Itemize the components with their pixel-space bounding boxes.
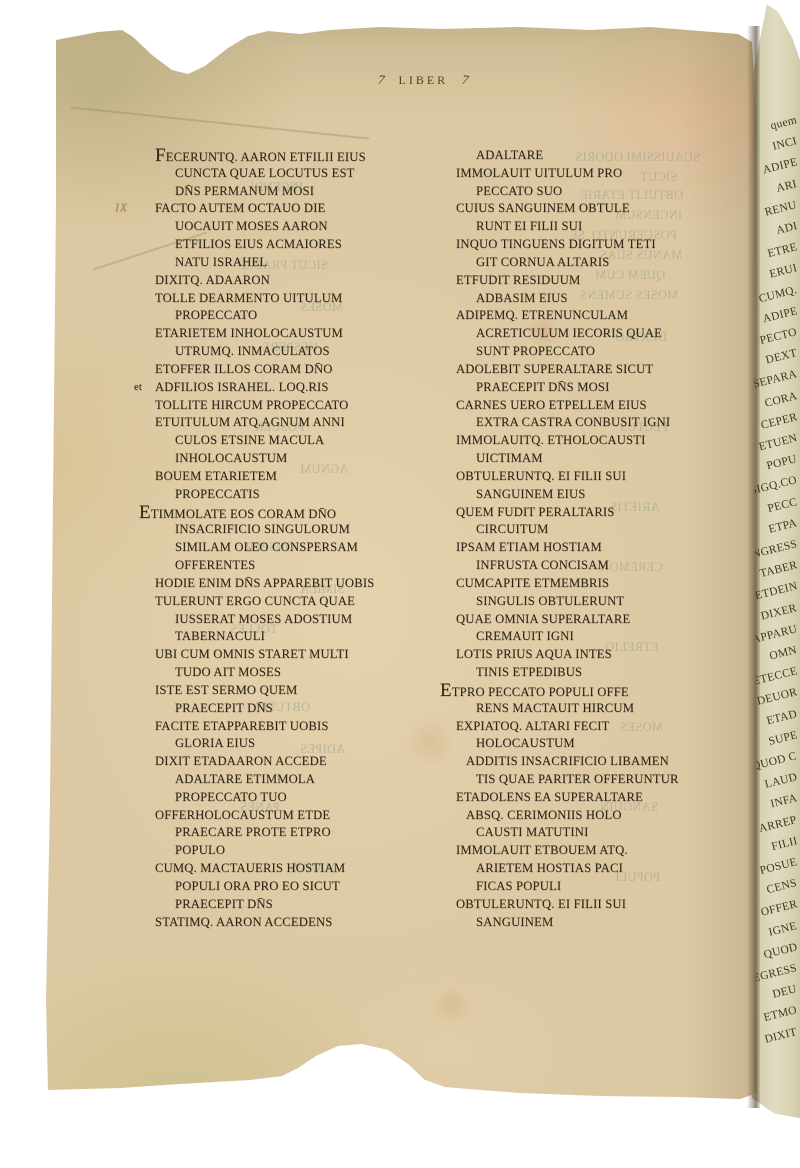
manuscript-line: UOCAUIT MOSES AARON [155, 218, 374, 236]
margin-catchword: et [134, 379, 142, 397]
next-leaf-text-fragment: RENU [764, 199, 798, 219]
manuscript-line: QUAE OMNIA SUPERALTARE [456, 611, 679, 629]
scribal-mark-icon: 7 [461, 72, 469, 89]
manuscript-line: PECCATO SUO [456, 183, 679, 201]
manuscript-line: TOLLITE HIRCUM PROPECCATO [155, 397, 374, 415]
next-leaf-text-fragment: DIXIT [764, 1026, 799, 1046]
manuscript-line: LOTIS PRIUS AQUA INTES [456, 646, 679, 664]
manuscript-line: ADOLEBIT SUPERALTARE SICUT [456, 361, 679, 379]
manuscript-line: OBTULERUNTQ. EI FILII SUI [456, 468, 679, 486]
next-leaf-text-fragment: POSUE [759, 856, 799, 877]
next-leaf-text-fragment: LAUD [763, 771, 798, 791]
manuscript-line: FICAS POPULI [456, 878, 679, 896]
manuscript-line: ADALTARE ETIMMOLA [155, 771, 374, 789]
manuscript-line: ADALTARE [456, 147, 679, 165]
manuscript-line: RUNT EI FILII SUI [456, 218, 679, 236]
manuscript-line: SANGUINEM EIUS [456, 486, 679, 504]
next-leaf-text-fragment: DIXER [760, 602, 798, 623]
manuscript-line: NATU ISRAHEL [155, 254, 374, 272]
manuscript-line: EXTRA CASTRA CONBUSIT IGNI [456, 414, 679, 432]
gutter-shadow [747, 26, 760, 1108]
parchment-page: 7 LIBER 7 INCENDISICUT PRAECEMOSESUESPER… [0, 0, 800, 1168]
running-title-text: LIBER [399, 73, 449, 88]
manuscript-line: IMMOLAUITQ. ETHOLOCAUSTI [456, 432, 679, 450]
next-leaf-text-fragment: ERUI [768, 263, 798, 281]
next-leaf-text-fragment: ARREP [758, 814, 798, 835]
manuscript-line: IMMOLAUIT ETBOUEM ATQ. [456, 842, 679, 860]
manuscript-line: SANGUINEM [456, 914, 679, 932]
manuscript-line: EXPIATOQ. ALTARI FECIT [456, 718, 679, 736]
manuscript-line: PRAECEPIT DN̄S MOSI [456, 379, 679, 397]
manuscript-line: ETFUDIT RESIDUUM [456, 272, 679, 290]
next-leaf-text-fragment: OFFER [759, 899, 798, 920]
manuscript-line: CUMQ. MACTAUERIS HOSTIAM [155, 860, 374, 878]
next-leaf-text-fragment: IGNE [768, 920, 799, 939]
manuscript-line: QUEM FUDIT PERALTARIS [456, 504, 679, 522]
manuscript-line: CARNES UERO ETPELLEM EIUS [456, 397, 679, 415]
next-leaf-text-fragment: ETPA [768, 517, 799, 536]
manuscript-line: PROPECCATIS [155, 486, 374, 504]
next-leaf-text-fragment: CUMQ. [758, 284, 799, 305]
next-leaf-text-fragment: CORA [763, 390, 798, 410]
manuscript-line: UICTIMAM [456, 450, 679, 468]
next-leaf-text-fragment: PECTO [759, 326, 799, 347]
manuscript-line: POPULO [155, 842, 374, 860]
next-leaf-text-fragment: ETAD [766, 708, 799, 727]
manuscript-line: CIRCUITUM [456, 521, 679, 539]
next-leaf-text-fragment: PECC [766, 496, 798, 515]
next-leaf-text-fragment: ETRE [766, 241, 798, 260]
manuscript-line: IPSAM ETIAM HOSTIAM [456, 539, 679, 557]
manuscript-line: CULOS ETSINE MACULA [155, 432, 374, 450]
manuscript-line: GIT CORNUA ALTARIS [456, 254, 679, 272]
manuscript-line: IXFACTO AUTEM OCTAUO DIE [155, 200, 374, 218]
manuscript-line: PRAECEPIT DN̄S [155, 896, 374, 914]
manuscript-line: TOLLE DEARMENTO UITULUM [155, 290, 374, 308]
manuscript-line: OBTULERUNTQ. EI FILII SUI [456, 896, 679, 914]
parchment-crease [71, 106, 370, 139]
text-column-right: ADALTAREIMMOLAUIT UITULUM PROPECCATO SUO… [456, 147, 679, 931]
manuscript-line: IMMOLAUIT UITULUM PRO [456, 165, 679, 183]
next-leaf-text-fragment: ETDEIN [754, 581, 799, 603]
manuscript-line: ARIETEM HOSTIAS PACI [456, 860, 679, 878]
manuscript-line: INFRUSTA CONCISAM [456, 557, 679, 575]
next-leaf-text-fragment: INFA [769, 793, 798, 811]
manuscript-line: ETADOLENS EA SUPERALTARE [456, 789, 679, 807]
manuscript-line: DIXITQ. ADAARON [155, 272, 374, 290]
next-leaf-text-fragment: ETUEN [758, 432, 799, 453]
manuscript-line: PROPECCATO [155, 307, 374, 325]
manuscript-line: TABERNACULI [155, 628, 374, 646]
manuscript-line: ETARIETEM INHOLOCAUSTUM [155, 325, 374, 343]
next-leaf-text-fragment: ETMO [763, 1005, 799, 1025]
next-leaf-text-fragment: POPU [766, 453, 799, 472]
manuscript-line: SINGULIS OBTULERUNT [456, 593, 679, 611]
manuscript-line: ETPRO PECCATO POPULI OFFE [440, 682, 679, 700]
manuscript-line: CAUSTI MATUTINI [456, 824, 679, 842]
manuscript-line: PROPECCATO TUO [155, 789, 374, 807]
chapter-number: IX [115, 200, 128, 218]
manuscript-line: BOUEM ETARIETEM [155, 468, 374, 486]
manuscript-line: STATIMQ. AARON ACCEDENS [155, 914, 374, 932]
manuscript-line: CREMAUIT IGNI [456, 628, 679, 646]
manuscript-line: FECERUNTQ. AARON ETFILII EIUS [155, 147, 374, 165]
next-leaf-text-fragment: ARI [775, 178, 798, 195]
manuscript-line: SIMILAM OLEO CONSPERSAM [155, 539, 374, 557]
manuscript-line: INSACRIFICIO SINGULORUM [155, 521, 374, 539]
manuscript-line: TINIS ETPEDIBUS [456, 664, 679, 682]
next-leaf-text-fragment: INCI [771, 135, 798, 153]
next-leaf-text-fragment: ADIPE [761, 157, 798, 177]
manuscript-photo: quemINCIADIPEARIRENUADIETREERUICUMQ.ADIP… [0, 0, 800, 1168]
manuscript-line: RENS MACTAUIT HIRCUM [456, 700, 679, 718]
next-leaf-text-fragment: CENS [766, 877, 799, 896]
manuscript-line: OFFERENTES [155, 557, 374, 575]
manuscript-line: SUNT PROPECCATO [456, 343, 679, 361]
manuscript-line: ISTE EST SERMO QUEM [155, 682, 374, 700]
manuscript-line: INHOLOCAUSTUM [155, 450, 374, 468]
manuscript-line: CUNCTA QUAE LOCUTUS EST [155, 165, 374, 183]
next-leaf-text-fragment: SUPE [767, 729, 798, 748]
next-leaf-text-fragment: FILII [770, 835, 799, 853]
manuscript-line: ETUITULUM ATQ.AGNUM ANNI [155, 414, 374, 432]
manuscript-line: PRAECARE PROTE ETPRO [155, 824, 374, 842]
manuscript-line: GLORIA EIUS [155, 735, 374, 753]
next-leaf-text-fragment: CEPER [759, 411, 798, 432]
manuscript-line: DN̄S PERMANUM MOSI [155, 183, 374, 201]
manuscript-line: UBI CUM OMNIS STARET MULTI [155, 646, 374, 664]
next-leaf-text-fragment: quem [770, 114, 799, 132]
next-leaf-text-fragment: QUOD [762, 941, 798, 961]
manuscript-line: PRAECEPIT DN̄S [155, 700, 374, 718]
manuscript-line: ETOFFER ILLOS CORAM DN̄O [155, 361, 374, 379]
manuscript-line: ADIPEMQ. ETRENUNCULAM [456, 307, 679, 325]
manuscript-line: ADBASIM EIUS [456, 290, 679, 308]
next-leaf-text-fragment: DEUOR [756, 687, 799, 709]
manuscript-line: UTRUMQ. INMACULATOS [155, 343, 374, 361]
manuscript-line: INQUO TINGUENS DIGITUM TETI [456, 236, 679, 254]
manuscript-line: CUMCAPITE ETMEMBRIS [456, 575, 679, 593]
manuscript-line: DIXIT ETADAARON ACCEDE [155, 753, 374, 771]
next-leaf-text-fragment: DEXT [765, 347, 799, 366]
manuscript-line: ACRETICULUM IECORIS QUAE [456, 325, 679, 343]
next-leaf-text-fragment: ADI [775, 220, 799, 237]
running-title: 7 LIBER 7 [378, 72, 469, 88]
manuscript-line: ABSQ. CERIMONIIS HOLO [456, 807, 679, 825]
manuscript-line: POPULI ORA PRO EO SICUT [155, 878, 374, 896]
text-column-left: FECERUNTQ. AARON ETFILII EIUSCUNCTA QUAE… [155, 147, 374, 931]
manuscript-line: OFFERHOLOCAUSTUM ETDE [155, 807, 374, 825]
next-leaf-text-fragment: ADIPE [761, 305, 798, 325]
scribal-mark-icon: 7 [377, 72, 385, 89]
manuscript-line: TIS QUAE PARITER OFFERUNTUR [456, 771, 679, 789]
manuscript-line: HODIE ENIM DN̄S APPAREBIT UOBIS [155, 575, 374, 593]
manuscript-line: CUIUS SANGUINEM OBTULE [456, 200, 679, 218]
manuscript-line: ETIMMOLATE EOS CORAM DN̄O [139, 504, 374, 522]
manuscript-line: TUDO AIT MOSES [155, 664, 374, 682]
next-leaf-text-fragment: DEU [772, 983, 799, 1001]
manuscript-line: FACITE ETAPPAREBIT UOBIS [155, 718, 374, 736]
manuscript-line: etADFILIOS ISRAHEL. LOQ.RIS [155, 379, 374, 397]
next-leaf-text-fragment: TABER [758, 559, 798, 580]
manuscript-line: HOLOCAUSTUM [456, 735, 679, 753]
manuscript-line: IUSSERAT MOSES ADOSTIUM [155, 611, 374, 629]
manuscript-line: ADDITIS INSACRIFICIO LIBAMEN [456, 753, 679, 771]
manuscript-line: TULERUNT ERGO CUNCTA QUAE [155, 593, 374, 611]
next-leaf-text-fragment: OMN [769, 644, 799, 662]
manuscript-line: ETFILIOS EIUS ACMAIORES [155, 236, 374, 254]
